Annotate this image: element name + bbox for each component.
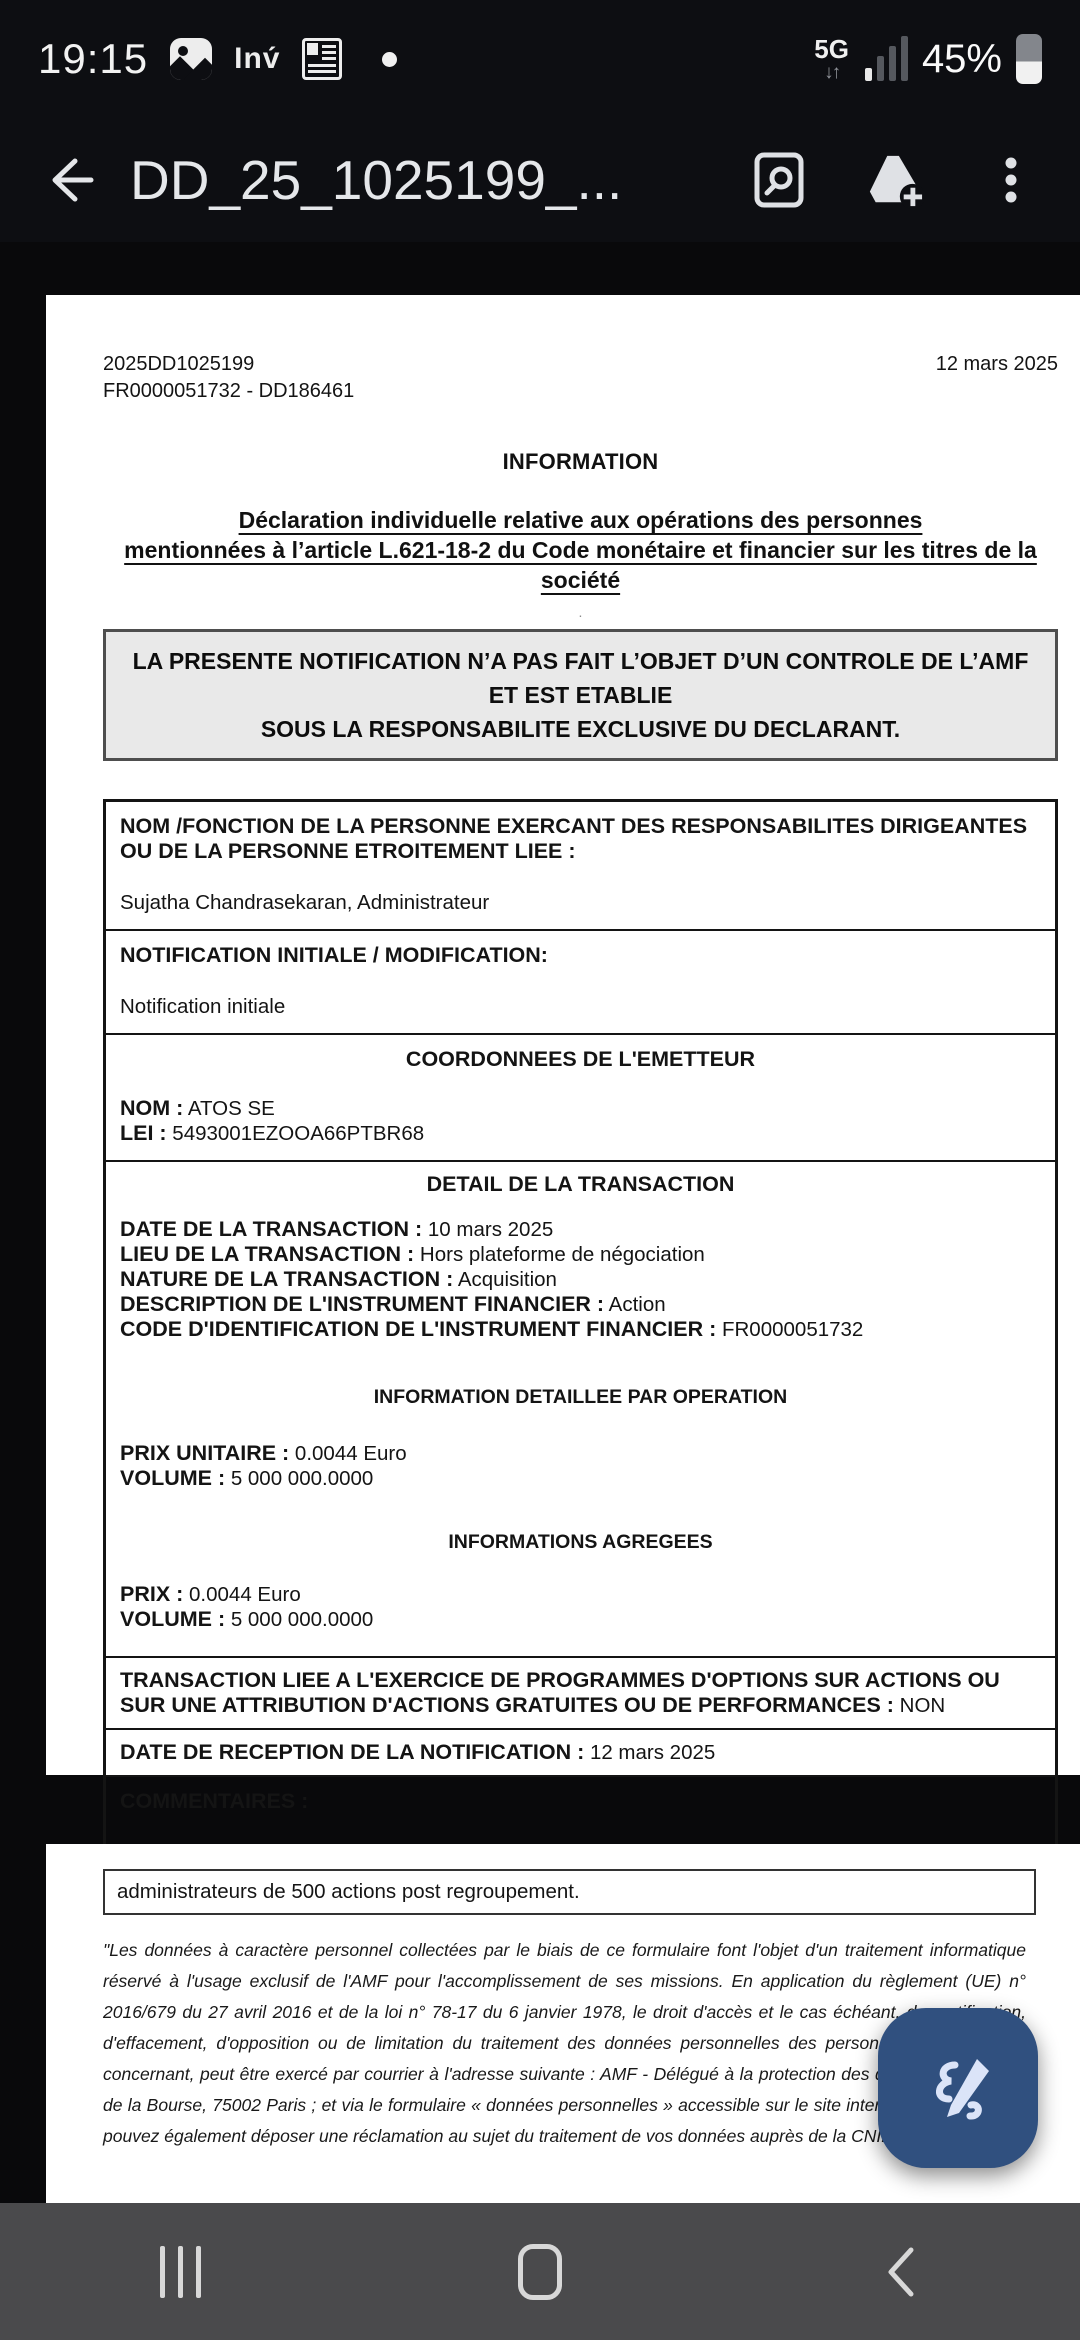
transaction-place: LIEU DE LA TRANSACTION : Hors plateforme… xyxy=(120,1242,1041,1267)
overflow-menu-button[interactable] xyxy=(982,151,1040,209)
gallery-notification-icon xyxy=(170,38,212,80)
three-dot-menu-icon xyxy=(1004,151,1018,209)
document-references: 2025DD1025199 FR0000051732 - DD186461 xyxy=(103,351,354,405)
home-button[interactable] xyxy=(360,2203,720,2340)
back-button[interactable] xyxy=(720,2203,1080,2340)
table-row-notification-type: NOTIFICATION INITIALE / MODIFICATION: No… xyxy=(106,929,1055,1033)
chevron-left-icon xyxy=(883,2242,917,2302)
recents-icon xyxy=(160,2246,201,2298)
aggregated-title: INFORMATIONS AGREGEES xyxy=(120,1531,1041,1554)
notification-type-value: Notification initiale xyxy=(120,994,1041,1019)
transaction-date: DATE DE LA TRANSACTION : 10 mars 2025 xyxy=(120,1217,1041,1242)
news-notification-icon xyxy=(302,38,342,80)
information-heading: INFORMATION xyxy=(103,449,1058,475)
status-bar: 19:15 Inv́ 5G ↓↑ 45% xyxy=(0,0,1080,118)
declaration-subheading: Déclaration individuelle relative aux op… xyxy=(103,505,1058,595)
battery-icon xyxy=(1016,34,1042,84)
issuer-section-title: COORDONNEES DE L'EMETTEUR xyxy=(120,1047,1041,1072)
inv-notification-icon: Inv́ xyxy=(234,42,280,76)
person-value: Sujatha Chandrasekaran, Administrateur xyxy=(120,890,1041,915)
subheading-line-2: mentionnées à l’article L.621-18-2 du Co… xyxy=(103,535,1058,595)
signal-strength-icon xyxy=(865,37,908,81)
instrument-description: DESCRIPTION DE L'INSTRUMENT FINANCIER : … xyxy=(120,1292,1041,1317)
drive-add-icon xyxy=(866,151,924,209)
declaration-table: NOM /FONCTION DE LA PERSONNE EXERCANT DE… xyxy=(103,799,1058,1917)
table-row-issuer: COORDONNEES DE L'EMETTEUR NOM : ATOS SE … xyxy=(106,1033,1055,1160)
add-to-drive-button[interactable] xyxy=(866,151,924,209)
battery-percentage: 45% xyxy=(922,37,1002,82)
phone-screen: 19:15 Inv́ 5G ↓↑ 45% xyxy=(0,0,1080,2340)
transaction-nature: NATURE DE LA TRANSACTION : Acquisition xyxy=(120,1267,1041,1292)
pdf-page-1: 2025DD1025199 FR0000051732 - DD186461 12… xyxy=(46,295,1080,1775)
per-operation-title: INFORMATION DETAILLEE PAR OPERATION xyxy=(120,1386,1041,1409)
linked-transaction: TRANSACTION LIEE A L'EXERCICE DE PROGRAM… xyxy=(120,1668,1041,1718)
navigation-bar xyxy=(0,2203,1080,2340)
annotate-fab-button[interactable] xyxy=(878,2008,1038,2168)
amf-disclaimer-box: LA PRESENTE NOTIFICATION N’A PAS FAIT L’… xyxy=(103,629,1058,761)
notification-dot-icon xyxy=(382,52,397,67)
volume: VOLUME : 5 000 000.0000 xyxy=(120,1466,1041,1491)
aggregated-volume: VOLUME : 5 000 000.0000 xyxy=(120,1607,1041,1632)
document-title: DD_25_1025199_... xyxy=(130,148,730,212)
stray-period: . xyxy=(103,607,1058,617)
per-operation-values: PRIX UNITAIRE : 0.0044 Euro VOLUME : 5 0… xyxy=(120,1441,1041,1491)
table-row-person: NOM /FONCTION DE LA PERSONNE EXERCANT DE… xyxy=(106,802,1055,929)
app-bar: DD_25_1025199_... xyxy=(0,118,1080,242)
signature-pen-icon xyxy=(915,2045,1001,2131)
recents-button[interactable] xyxy=(0,2203,360,2340)
find-in-document-button[interactable] xyxy=(750,151,808,209)
reception-date: DATE DE RECEPTION DE LA NOTIFICATION : 1… xyxy=(120,1740,1041,1765)
comments-label: COMMENTAIRES : xyxy=(120,1789,1041,1814)
issuer-lei: LEI : 5493001EZOOA66PTBR68 xyxy=(120,1121,1041,1146)
table-row-transaction-detail: DETAIL DE LA TRANSACTION DATE DE LA TRAN… xyxy=(106,1160,1055,1656)
search-in-page-icon xyxy=(752,151,806,209)
clock: 19:15 xyxy=(38,35,148,83)
transaction-detail-title: DETAIL DE LA TRANSACTION xyxy=(120,1172,1041,1197)
declaration-number: 2025DD1025199 xyxy=(103,351,354,378)
network-5g-icon: 5G ↓↑ xyxy=(814,36,849,82)
isin-dd-reference: FR0000051732 - DD186461 xyxy=(103,378,354,405)
transaction-detail-list: DATE DE LA TRANSACTION : 10 mars 2025 LI… xyxy=(120,1217,1041,1342)
aggregated-price: PRIX : 0.0044 Euro xyxy=(120,1582,1041,1607)
instrument-code: CODE D'IDENTIFICATION DE L'INSTRUMENT FI… xyxy=(120,1317,1041,1342)
issuer-name: NOM : ATOS SE xyxy=(120,1096,1041,1121)
document-date: 12 mars 2025 xyxy=(936,351,1058,405)
person-label: NOM /FONCTION DE LA PERSONNE EXERCANT DE… xyxy=(120,814,1041,864)
notification-type-label: NOTIFICATION INITIALE / MODIFICATION: xyxy=(120,943,1041,968)
table-row-reception-date: DATE DE RECEPTION DE LA NOTIFICATION : 1… xyxy=(106,1728,1055,1775)
table-row-linked-transaction: TRANSACTION LIEE A L'EXERCICE DE PROGRAM… xyxy=(106,1656,1055,1728)
subheading-line-1: Déclaration individuelle relative aux op… xyxy=(103,505,1058,535)
aggregated-values: PRIX : 0.0044 Euro VOLUME : 5 000 000.00… xyxy=(120,1582,1041,1632)
unit-price: PRIX UNITAIRE : 0.0044 Euro xyxy=(120,1441,1041,1466)
back-arrow-button[interactable] xyxy=(40,150,100,210)
comments-continued-box: administrateurs de 500 actions post regr… xyxy=(103,1869,1036,1915)
home-icon xyxy=(518,2244,562,2300)
arrow-left-icon xyxy=(41,151,99,209)
